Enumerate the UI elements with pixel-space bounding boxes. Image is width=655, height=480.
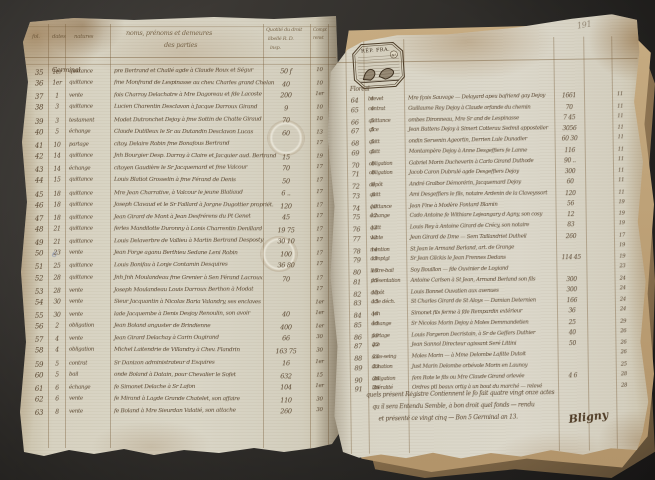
cell-day: 14	[50, 153, 64, 160]
cell-ref: 17	[312, 202, 327, 208]
cell-no: 43	[30, 166, 48, 174]
cell-ref: 30	[312, 348, 327, 354]
cell-parties: Jean Girard de Dme — Sem Taillandriet Du…	[410, 233, 554, 241]
cell-nature: vente	[69, 409, 109, 415]
cell-no: 41	[30, 142, 48, 150]
cell-ref: 10	[312, 67, 327, 73]
scanned-register-photo: fol. dates natures noms, prénoms et deme…	[0, 0, 655, 480]
cell-nature: partage	[69, 141, 109, 147]
cell-nature: vente	[69, 287, 109, 293]
cell-ref: 23	[615, 263, 629, 269]
cell-nature: mention	[370, 246, 405, 253]
table-row: 4110partagecitoy. Delaire Robin fme Bona…	[14, 140, 341, 153]
table-row: 562obligationJean Boland anguster de Bri…	[14, 323, 341, 335]
cell-parties: fois Charroy Delachatre à Mre Dagoreau e…	[114, 92, 262, 99]
cell-nature: dépôt	[371, 289, 406, 296]
cell-parties: lade Jacquembe à Denis Desjoy Renoulin, …	[114, 310, 262, 317]
cell-nature: présentation	[371, 278, 406, 284]
cell-ref: 17	[312, 237, 327, 243]
cell-nature: échange	[370, 213, 405, 219]
cell-no: 45	[30, 190, 48, 198]
cell-amount: 300	[558, 276, 586, 283]
cell-ref: 1er	[312, 310, 327, 316]
cell-day: 4	[50, 336, 64, 343]
cell-nature: donation	[372, 364, 407, 370]
cell-day: 5	[50, 371, 64, 378]
cell-no: 65	[346, 106, 363, 114]
cell-ref: 24	[616, 297, 630, 303]
cell-parties: Mre Jean Charrative, à Valcour le jeune …	[114, 189, 262, 196]
cell-amount: 1661	[555, 92, 583, 100]
cell-day: 3	[50, 104, 64, 111]
cell-ref: 17	[312, 140, 327, 146]
cell-amount: 66	[264, 334, 308, 342]
cell-parties: Jean Battens Dejoy à Simert Cotterau Sed…	[408, 126, 552, 134]
cell-parties: citoy. Delaire Robin fme Bonafous Bertra…	[114, 140, 262, 147]
cell-nature: échange	[371, 321, 406, 327]
cell-amount: 120	[556, 190, 584, 197]
cell-day: 21	[50, 225, 64, 232]
cell-no: 89	[350, 364, 367, 372]
cell-ref: 15	[312, 372, 327, 378]
cell-parties: Claude Dutilleux le Sr au Dutandin Descl…	[114, 129, 262, 136]
cell-amount: 90 ..	[556, 157, 584, 165]
table-row: 4214quittanceJnh Bourgier Desp. Darroy à…	[14, 152, 341, 164]
cell-amount: 40	[264, 80, 308, 88]
cell-no: 74	[347, 204, 364, 212]
cell-ref: 17	[312, 226, 327, 232]
cell-ref: 11	[614, 146, 628, 152]
cell-day: 10	[50, 142, 64, 149]
cell-no: 54	[30, 298, 48, 306]
table-row: 4718quittanceJean Girard de Mont à Jean …	[14, 213, 341, 226]
cell-amount: 50	[264, 178, 308, 186]
cell-parties: Jean Boland anguster de Brindienne	[114, 323, 262, 330]
cell-no: 70	[347, 161, 364, 169]
cell-nature: qtce	[368, 127, 403, 133]
cell-parties: ferles Mandilotte Duronny à Lonis Charre…	[114, 226, 262, 233]
cell-ref: 17	[312, 213, 327, 219]
cell-amount: 16	[264, 359, 308, 367]
cell-ref: 17	[312, 189, 327, 195]
cell-ref: 11	[613, 103, 627, 109]
cell-parties: Louis Delaverbre de Vallieu à Martin Ber…	[114, 238, 262, 245]
cell-amount: 50	[558, 340, 586, 347]
cell-parties: Jnh Bourgier Desp. Darroy à Claire et Ja…	[114, 153, 262, 160]
cell-no: 49	[30, 239, 48, 247]
cell-amount	[557, 264, 585, 265]
cell-ref: 10	[312, 105, 327, 111]
cell-nature: quittance	[69, 153, 109, 159]
table-row: 574venteJean Girard Delachay à Carin Oug…	[14, 334, 341, 347]
cell-no: 35	[30, 69, 48, 77]
cell-ref: 11	[613, 125, 627, 131]
cell-amount: 3056	[555, 125, 583, 132]
cell-nature: contrat	[368, 106, 403, 112]
cell-day: 5	[50, 128, 64, 135]
cell-day: 28	[50, 287, 64, 294]
cell-parties: Modet Dutronchet Dejoy à fme Sottin de C…	[114, 116, 262, 123]
cell-parties: fe Simonet Delache à Sr Lafon	[114, 383, 262, 390]
cell-amount: 30 10	[264, 237, 308, 245]
cell-ref: 30	[312, 397, 327, 403]
cell-amount: 70	[264, 275, 308, 283]
cell-ref: 30	[312, 407, 327, 413]
cell-amount: 12	[557, 211, 585, 218]
cell-parties: citoyen Gaudière le Sr Jacquemard et fme…	[114, 165, 262, 172]
cell-day: 6	[50, 396, 64, 403]
cell-ref: 19	[312, 154, 327, 160]
cell-amount: 114 45	[557, 254, 585, 261]
cell-parties: Louis Bonifau à Lonje Contamin Desquires	[114, 262, 262, 269]
cell-amount: 83	[557, 221, 585, 229]
cell-nature: vente	[69, 250, 109, 256]
cell-amount	[557, 243, 585, 244]
cell-ref: 17	[312, 275, 327, 281]
cell-nature: quitt	[370, 225, 405, 232]
cell-no: 90	[350, 376, 367, 384]
cell-ref: 11	[614, 189, 628, 195]
cell-no: 66	[346, 118, 363, 126]
cell-amount: 70	[264, 116, 308, 124]
cell-nature: sous-seing	[372, 354, 407, 361]
cell-ref: 19	[615, 242, 629, 248]
cell-amount: 260	[557, 233, 585, 240]
cell-no: 56	[30, 323, 48, 331]
cell-no: 38	[30, 104, 48, 112]
cell-ref: 19	[615, 211, 629, 217]
cell-amount: 56	[556, 200, 584, 208]
cell-no: 48	[30, 225, 48, 233]
cell-ref: 30	[312, 334, 327, 340]
cell-amount: 40	[264, 310, 308, 318]
cell-amount: 300	[558, 286, 586, 294]
cell-nature: dépôt	[369, 182, 404, 189]
cell-ref: 11	[614, 134, 628, 140]
cell-ref: 26	[617, 349, 631, 355]
cell-amount: 300	[556, 168, 584, 175]
cell-ref: 11	[614, 177, 628, 183]
table-row: 361erquittancefme Monfrand de Lespinasse…	[14, 80, 341, 92]
cell-nature: vente	[69, 336, 109, 342]
cell-nature: quitt	[369, 149, 404, 155]
cell-parties: Antoine Carlsen à St Jean, Armand Berlan…	[411, 276, 555, 284]
cell-parties: Jean Girard de Mont à Jean Desfrérens du…	[114, 213, 262, 220]
cell-ref: 28	[617, 371, 631, 377]
cell-no: 79	[348, 257, 365, 265]
cell-nature: vente	[69, 311, 109, 317]
table-row: 616échangefe Simonet Delache à Sr Lafon1…	[14, 383, 341, 396]
cell-amount: 116	[556, 147, 584, 154]
cell-amount: 60	[264, 129, 308, 137]
table-row: 371ventefois Charroy Delachatre à Mre Da…	[14, 91, 341, 104]
cell-nature: qon	[371, 311, 406, 318]
cell-nature: obligation	[69, 347, 109, 353]
cell-nature: échange	[69, 128, 109, 134]
cell-amount: 632	[264, 372, 308, 380]
cell-amount: 70	[264, 164, 308, 172]
cell-no: 52	[30, 274, 48, 282]
cell-no: 76	[348, 225, 365, 233]
cell-nature: obligation	[69, 323, 109, 329]
cell-no: 53	[30, 287, 48, 295]
cell-amount: 104	[264, 383, 308, 391]
cell-nature: quittance	[69, 214, 109, 220]
cell-no: 64	[346, 96, 363, 104]
cell-no: 47	[30, 215, 48, 223]
cell-amount: 6 ..	[264, 189, 308, 197]
table-row: 4415quittanceLouis Blatiot Grosselin à f…	[14, 177, 341, 189]
cell-day: 14	[50, 166, 64, 173]
cell-parties: Jnh Jnh Moulandeau fme Grenier à Sen Fér…	[114, 274, 262, 281]
cell-amount: 40	[558, 329, 586, 337]
table-row: 4821quittanceferles Mandilotte Duronny à…	[14, 225, 341, 237]
cell-parties: fme Monfrand de Lespinasse au chev. Char…	[114, 80, 262, 87]
cell-ref: 17	[312, 286, 327, 292]
cell-parties: Jean Forge aganu Berthieu Sedane Leni Ro…	[114, 250, 262, 257]
cell-parties: Mre fçois Sauvage — Delayard apeu bafrie…	[408, 93, 552, 102]
cell-no: 81	[349, 278, 366, 286]
cell-parties: Joseph Moulandeau Louis Darroux Berthon …	[114, 286, 262, 293]
cell-parties: Jean Sannol Directeur agissant Seré Litt…	[411, 341, 555, 349]
cell-no: 36	[30, 80, 48, 88]
cell-ref: 13	[312, 129, 327, 135]
cell-nature: acte déch.	[371, 299, 406, 305]
cell-ref: 17	[312, 261, 327, 267]
cell-nature: vente	[69, 396, 109, 402]
cell-amount: 60 30	[556, 135, 584, 143]
cell-no: 42	[30, 153, 48, 161]
table-row: 393testamentModet Dutronchet Dejoy à fme…	[14, 116, 341, 129]
cell-ref: 11	[613, 113, 627, 119]
cell-no: 61	[30, 385, 48, 393]
cell-parties: Sr Jean Gilckis le Jean Frennes Dedans	[410, 255, 554, 263]
cell-parties: fe Boland à Mre Sieurdan Valatié, son at…	[114, 408, 262, 415]
cell-amount: 45	[264, 213, 308, 221]
cell-ref: 11	[614, 156, 628, 162]
table-row: 4921quittanceLouis Delaverbre de Vallieu…	[14, 237, 341, 250]
cell-ref: 29	[616, 318, 630, 324]
cell-no: 46	[30, 201, 48, 209]
cell-nature: quittance	[69, 274, 109, 280]
cell-nature: quitt	[369, 139, 404, 146]
table-row: 5228quittanceJnh Jnh Moulandeau fme Gren…	[14, 274, 341, 286]
cell-no: 63	[30, 409, 48, 417]
cell-day: 18	[50, 214, 64, 221]
cell-ref: 24	[616, 306, 630, 312]
cell-nature: partage	[371, 332, 406, 339]
cell-amount: 50 f	[264, 67, 308, 75]
cell-no: 40	[30, 128, 48, 136]
cell-no: 67	[346, 128, 363, 136]
cell-ref: 19	[614, 199, 628, 205]
cell-amount: 120	[264, 202, 308, 210]
cell-no: 75	[348, 214, 365, 222]
cell-ref: 1er	[312, 91, 327, 97]
cell-ref: 19	[615, 220, 629, 226]
cell-ref: 11	[613, 91, 627, 97]
cell-amount: 19 75	[264, 226, 308, 234]
table-row: 405échangeClaude Dutilleux le Sr au Duta…	[14, 128, 341, 140]
cell-no: 62	[30, 396, 48, 404]
cell-day: 2	[50, 323, 64, 330]
table-row: 626ventefe Mirand à Lagde Grande Chatele…	[14, 395, 341, 407]
cell-day: 28	[50, 274, 64, 281]
cell-day: 1er	[50, 69, 64, 76]
cell-nature: quittance	[69, 177, 109, 183]
table-row: 5328venteJoseph Moulandeau Louis Darroux…	[14, 286, 341, 299]
cell-amount: 15	[264, 153, 308, 161]
cell-no: 82	[349, 290, 366, 298]
cell-nature: comptgl	[370, 256, 405, 262]
cell-no: 85	[349, 321, 366, 329]
cell-ref: 26	[616, 328, 630, 334]
cell-nature: quittance	[69, 80, 109, 86]
cell-amount: 7 45	[555, 114, 583, 122]
cell-day: 1er	[50, 80, 64, 87]
cell-day: 25	[50, 263, 64, 270]
cell-amount: 260	[264, 407, 308, 415]
cell-day: 4	[50, 347, 64, 354]
cell-parties: Guillaume Rey Dejoy à Claude orfande du …	[408, 104, 552, 112]
cell-no: 83	[349, 300, 366, 308]
cell-ref: 17	[615, 232, 629, 238]
cell-no: 51	[30, 263, 48, 271]
cell-amount	[559, 350, 587, 351]
cell-ref: 17	[312, 164, 327, 170]
cell-ref: 1er	[312, 324, 327, 330]
cell-amount: 100	[264, 251, 308, 259]
cell-parties: Ami Desgeffiers le fils, notaire Ardenin…	[409, 190, 553, 198]
cell-no: 69	[347, 149, 364, 157]
cell-amount: 200	[264, 91, 308, 99]
cell-nature: lestre-bail	[370, 268, 405, 275]
table-row: 5023venteJean Forge aganu Berthieu Sedan…	[14, 250, 341, 262]
cell-day: 23	[50, 250, 64, 257]
cell-parties: pre Bertrand et Challé agde à Claude Rou…	[114, 67, 262, 74]
cell-day: 3	[50, 117, 64, 124]
table-row: 605bailonde Boland à Datain, pour Cheval…	[14, 371, 341, 383]
cell-ref: 11	[614, 168, 628, 174]
cell-nature: vente	[69, 93, 109, 99]
cell-day: 8	[50, 409, 64, 416]
cell-no: 71	[347, 171, 364, 179]
cell-ref: 24	[616, 285, 630, 291]
cell-no: 77	[348, 235, 365, 243]
cell-parties: Montampère Dejoy à Anne Desgeffiers fe L…	[409, 147, 553, 155]
cell-no: 86	[349, 333, 366, 341]
cell-parties: Jacob Caron Dubrulé agde Desgeffiers Dej…	[409, 169, 553, 177]
cell-parties: Joseph Clavaud et le Sr Faillard à Jorgn…	[114, 201, 262, 208]
cell-day: 15	[50, 177, 64, 184]
cell-ref: 25	[617, 361, 631, 367]
right-page-rows: 644brevetMre fçois Sauvage — Delayard ap…	[315, 12, 655, 469]
cell-parties: fe Mirand à Lagde Grande Chatelet, son a…	[114, 396, 262, 403]
cell-day: 30	[50, 298, 64, 305]
cell-nature: contrat	[69, 360, 109, 366]
cell-no: 72	[347, 182, 364, 190]
cell-no: 88	[350, 354, 367, 362]
cell-ref: 17	[312, 178, 327, 184]
cell-parties: St Charles Girard de St Aloys — Damian D…	[411, 298, 555, 306]
table-row: 5430venteSieur Jacquantin à Nicolas Bari…	[14, 298, 341, 310]
cell-amount: 163 75	[264, 348, 308, 356]
cell-parties: onde Boland à Datain, pour Chevalier le …	[114, 372, 262, 379]
cell-parties: Sr Nicolas Morin Dejoy à Moles Demmandet…	[411, 319, 555, 327]
cell-nature: quittance	[69, 104, 109, 110]
left-page-rows: 351erquittancepre Bertrand et Challé agd…	[14, 12, 341, 460]
table-row: 4518quittanceMre Jean Charrative, à Valc…	[14, 189, 341, 202]
cell-ref: 24	[616, 275, 630, 281]
cell-day: 18	[50, 190, 64, 197]
cell-amount: 70	[555, 104, 583, 111]
cell-parties: Michel Laitendrie de Villandry à Chev. F…	[114, 347, 262, 354]
cell-ref: 17	[312, 251, 327, 257]
table-row: 638ventefe Boland à Mre Sieurdan Valatié…	[14, 407, 341, 420]
cell-amount: 25	[558, 319, 586, 326]
cell-nature: quittance	[368, 117, 403, 124]
left-page: fol. dates natures noms, prénoms et deme…	[14, 12, 341, 460]
cell-day: 5	[50, 360, 64, 367]
cell-nature: quittance	[69, 239, 109, 245]
cell-nature: quittance	[369, 203, 404, 210]
cell-no: 87	[349, 343, 366, 351]
cell-no: 84	[349, 311, 366, 319]
cell-parties: Just Marin Delombe orbévole Morin en Lau…	[412, 362, 556, 370]
cell-amount: 9	[264, 105, 308, 113]
cell-ref: 1er	[312, 359, 327, 365]
cell-nature: vente	[370, 235, 405, 241]
cell-nature: qce	[371, 342, 406, 348]
cell-amount: 166	[558, 297, 586, 304]
cell-nature: vente	[69, 298, 109, 304]
cell-amount: 110	[264, 396, 308, 404]
cell-ref: 19	[615, 254, 629, 260]
table-row: 4618quittanceJoseph Clavaud et le Sr Fai…	[14, 201, 341, 213]
cell-day: 6	[50, 385, 64, 392]
cell-amount: 36 80	[264, 262, 308, 270]
cell-day: 1	[50, 93, 64, 100]
right-page: RÉP. FRA. N° Floréal 191 644brevetMre fç…	[315, 12, 655, 469]
cell-amount: 36	[558, 307, 586, 315]
cell-parties: Sieur Jacquantin à Nicolas Baria Valandr…	[114, 299, 262, 306]
cell-nature: quittance	[69, 226, 109, 232]
cell-nature: quittance	[69, 263, 109, 269]
cell-no: 37	[30, 93, 48, 101]
cell-day: 18	[50, 201, 64, 208]
cell-no: 59	[30, 360, 48, 368]
cell-nature: échange	[69, 384, 109, 390]
cell-amount: 400	[264, 323, 308, 331]
cell-no: 80	[348, 268, 365, 276]
table-row: 383quittanceLucien Charentin Desclavon à…	[14, 104, 341, 116]
cell-nature: quittance	[69, 201, 109, 207]
cell-no: 78	[348, 247, 365, 255]
cell-no: 50	[30, 250, 48, 258]
cell-no: 60	[30, 371, 48, 379]
cell-nature: brevet	[368, 96, 403, 103]
table-row: 5530ventelade Jacquembe à Denis Desjoy R…	[14, 310, 341, 323]
cell-nature: obligation	[369, 160, 404, 167]
cell-parties: Jean Girard Delachay à Carin Ougirand	[114, 335, 262, 342]
cell-no: 91	[350, 386, 367, 394]
cell-no: 57	[30, 336, 48, 344]
cell-day: 21	[50, 239, 64, 246]
cell-day: 30	[50, 312, 64, 319]
cell-no: 39	[30, 117, 48, 125]
cell-nature: obligation	[372, 375, 407, 382]
cell-parties: Cado Antoine fe Withiare Lejeangary d Ag…	[410, 212, 554, 220]
